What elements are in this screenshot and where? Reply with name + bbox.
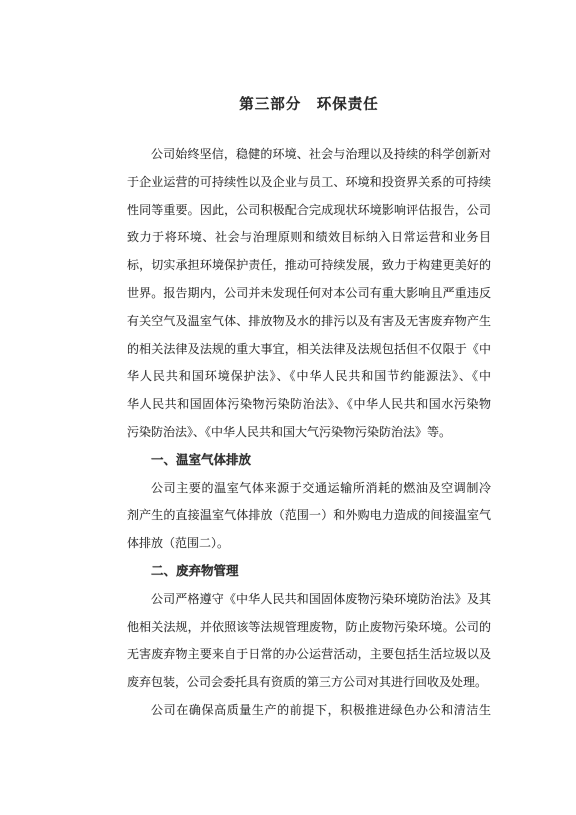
text-line: 有关空气及温室气体、排放物及水的排污以及有害及无害废弃物产生 bbox=[127, 308, 491, 336]
text-line: 公司主要的温室气体来源于交通运输所消耗的燃油及空调制冷 bbox=[127, 475, 491, 503]
text-line: 性同等重要。因此，公司积极配合完成现状环境影响评估报告，公司 bbox=[127, 197, 491, 225]
text-line: 于企业运营的可持续性以及企业与员工、环境和投资界关系的可持续 bbox=[127, 169, 491, 197]
text-line: 体排放（范围二）。 bbox=[127, 530, 491, 558]
text-line: 华人民共和国环境保护法》、《中华人民共和国节约能源法》、《中 bbox=[127, 363, 491, 391]
text-line: 公司在确保高质量生产的前提下，积极推进绿色办公和清洁生 bbox=[127, 697, 491, 725]
text-line: 公司始终坚信，稳健的环境、社会与治理以及持续的科学创新对 bbox=[127, 141, 491, 169]
scanned-document-page: 第三部分 环保责任 公司始终坚信，稳健的环境、社会与治理以及持续的科学创新对于企… bbox=[0, 0, 576, 815]
text-line: 世界。报告期内，公司并未发现任何对本公司有重大影响且严重违反 bbox=[127, 280, 491, 308]
text-line: 致力于将环境、社会与治理原则和绩效目标纳入日常运营和业务目 bbox=[127, 224, 491, 252]
text-line: 污染防治法》、《中华人民共和国大气污染物污染防治法》等。 bbox=[127, 419, 491, 447]
text-line: 废弃包装，公司会委托具有资质的第三方公司对其进行回收及处理。 bbox=[127, 669, 491, 697]
document-content: 第三部分 环保责任 公司始终坚信，稳健的环境、社会与治理以及持续的科学创新对于企… bbox=[127, 0, 491, 725]
text-line: 的相关法律及法规的重大事宜，相关法律及法规包括但不仅限于《中 bbox=[127, 336, 491, 364]
text-line: 标，切实承担环境保护责任，推动可持续发展，致力于构建更美好的 bbox=[127, 252, 491, 280]
text-line: 剂产生的直接温室气体排放（范围一）和外购电力造成的间接温室气 bbox=[127, 502, 491, 530]
document-lines: 公司始终坚信，稳健的环境、社会与治理以及持续的科学创新对于企业运营的可持续性以及… bbox=[127, 141, 491, 725]
section-heading: 一、温室气体排放 bbox=[127, 447, 491, 475]
text-line: 无害废弃物主要来自于日常的办公运营活动，主要包括生活垃圾以及 bbox=[127, 641, 491, 669]
section-heading: 二、废弃物管理 bbox=[127, 558, 491, 586]
text-line: 公司严格遵守《中华人民共和国固体废物污染环境防治法》及其 bbox=[127, 586, 491, 614]
text-line: 华人民共和国固体污染物污染防治法》、《中华人民共和国水污染物 bbox=[127, 391, 491, 419]
text-line: 他相关法规，并依照该等法规管理废物，防止废物污染环境。公司的 bbox=[127, 614, 491, 642]
page-title: 第三部分 环保责任 bbox=[127, 97, 491, 114]
